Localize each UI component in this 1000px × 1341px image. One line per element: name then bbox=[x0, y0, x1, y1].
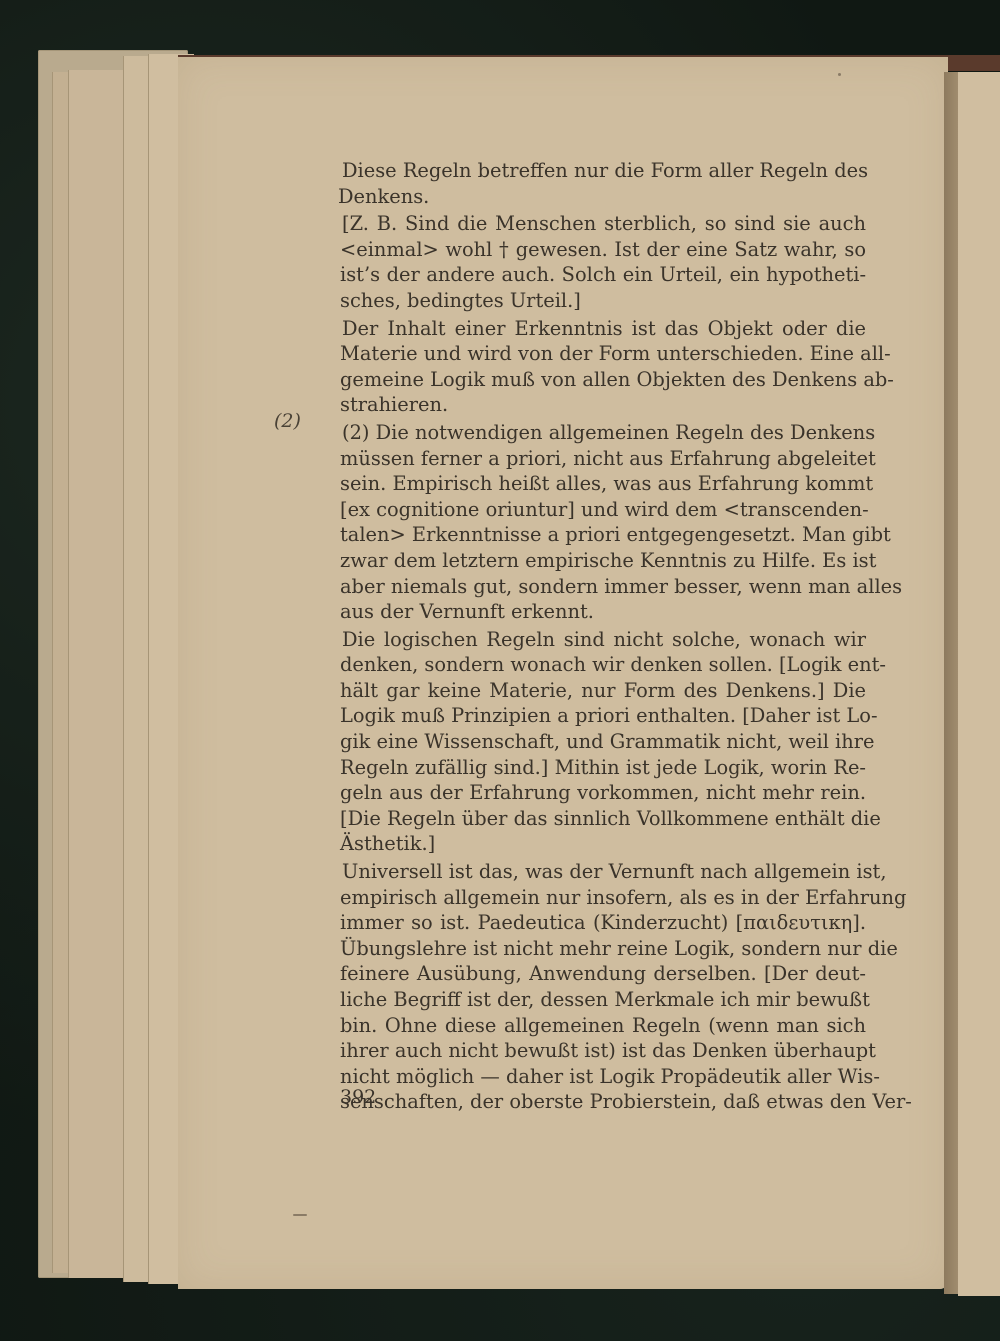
text-line: denken, sondern wonach wir denken sollen… bbox=[340, 652, 866, 678]
text-line: Denkens. bbox=[338, 184, 866, 210]
text-line: aber niemals gut, sondern immer besser, … bbox=[340, 574, 866, 600]
paragraph: [Z. B. Sind die Menschen sterblich, so s… bbox=[340, 211, 866, 313]
paper-mark bbox=[293, 1214, 307, 1216]
gutter-shadow bbox=[944, 72, 958, 1294]
text-line: geln aus der Erfahrung vorkommen, nicht … bbox=[340, 780, 866, 806]
facing-page-edge bbox=[958, 72, 1000, 1296]
text-line: feinere Ausübung, Anwendung derselben. [… bbox=[340, 961, 866, 987]
text-line: Regeln zufällig sind.] Mithin ist jede L… bbox=[340, 755, 866, 781]
text-line: senschaften, der oberste Probierstein, d… bbox=[340, 1089, 866, 1115]
text-line: ist’s der andere auch. Solch ein Urteil,… bbox=[340, 262, 866, 288]
text-line: ihrer auch nicht bewußt ist) ist das Den… bbox=[340, 1038, 866, 1064]
text-line: Universell ist das, was der Vernunft nac… bbox=[340, 859, 866, 885]
left-page-stack bbox=[38, 50, 188, 1278]
text-line: Diese Regeln betreffen nur die Form alle… bbox=[340, 158, 866, 184]
text-line: Logik muß Prinzipien a priori enthalten.… bbox=[340, 703, 866, 729]
paper-speck bbox=[838, 73, 841, 76]
text-line: müssen ferner a priori, nicht aus Erfahr… bbox=[340, 446, 866, 472]
text-line: bin. Ohne diese allgemeinen Regeln (wenn… bbox=[340, 1013, 866, 1039]
paragraph: Die logischen Regeln sind nicht solche, … bbox=[340, 627, 866, 857]
margin-note: (2) bbox=[274, 410, 301, 432]
text-line: empirisch allgemein nur insofern, als es… bbox=[340, 885, 866, 911]
text-line: aus der Vernunft erkennt. bbox=[340, 599, 866, 625]
text-line: strahieren. bbox=[340, 392, 866, 418]
body-text: Diese Regeln betreffen nur die Form alle… bbox=[340, 158, 866, 1115]
text-line: immer so ist. Paedeutica (Kinderzucht) [… bbox=[340, 910, 866, 936]
paragraph: (2) Die notwendigen allgemeinen Regeln d… bbox=[340, 420, 866, 625]
text-line: gemeine Logik muß von allen Objekten des… bbox=[340, 367, 866, 393]
text-line: [Die Regeln über das sinnlich Vollkommen… bbox=[340, 806, 866, 832]
text-line: Übungslehre ist nicht mehr reine Logik, … bbox=[340, 936, 866, 962]
text-line: talen> Erkenntnisse a priori entgegenges… bbox=[340, 522, 866, 548]
text-line: sein. Empirisch heißt alles, was aus Erf… bbox=[340, 471, 866, 497]
text-line: Der Inhalt einer Erkenntnis ist das Obje… bbox=[340, 316, 866, 342]
text-line: nicht möglich — daher ist Logik Propädeu… bbox=[340, 1064, 866, 1090]
text-line: Ästhetik.] bbox=[340, 831, 866, 857]
text-line: gik eine Wissenschaft, und Grammatik nic… bbox=[340, 729, 866, 755]
text-line: zwar dem letztern empirische Kenntnis zu… bbox=[340, 548, 866, 574]
text-line: [ex cognitione oriuntur] und wird dem <t… bbox=[340, 497, 866, 523]
text-line: [Z. B. Sind die Menschen sterblich, so s… bbox=[340, 211, 866, 237]
paragraph: Der Inhalt einer Erkenntnis ist das Obje… bbox=[340, 316, 866, 418]
text-line: Materie und wird von der Form unterschie… bbox=[340, 341, 866, 367]
text-line: sches, bedingtes Urteil.] bbox=[340, 288, 866, 314]
text-line: Die logischen Regeln sind nicht solche, … bbox=[340, 627, 866, 653]
text-line: hält gar keine Materie, nur Form des Den… bbox=[340, 678, 866, 704]
paragraph: Diese Regeln betreffen nur die Form alle… bbox=[340, 158, 866, 209]
page-number: 392 bbox=[340, 1086, 376, 1108]
text-line: liche Begriff ist der, dessen Merkmale i… bbox=[340, 987, 866, 1013]
text-line: (2) Die notwendigen allgemeinen Regeln d… bbox=[340, 420, 866, 446]
paragraph: Universell ist das, was der Vernunft nac… bbox=[340, 859, 866, 1115]
text-line: <einmal> wohl † gewesen. Ist der eine Sa… bbox=[340, 237, 866, 263]
